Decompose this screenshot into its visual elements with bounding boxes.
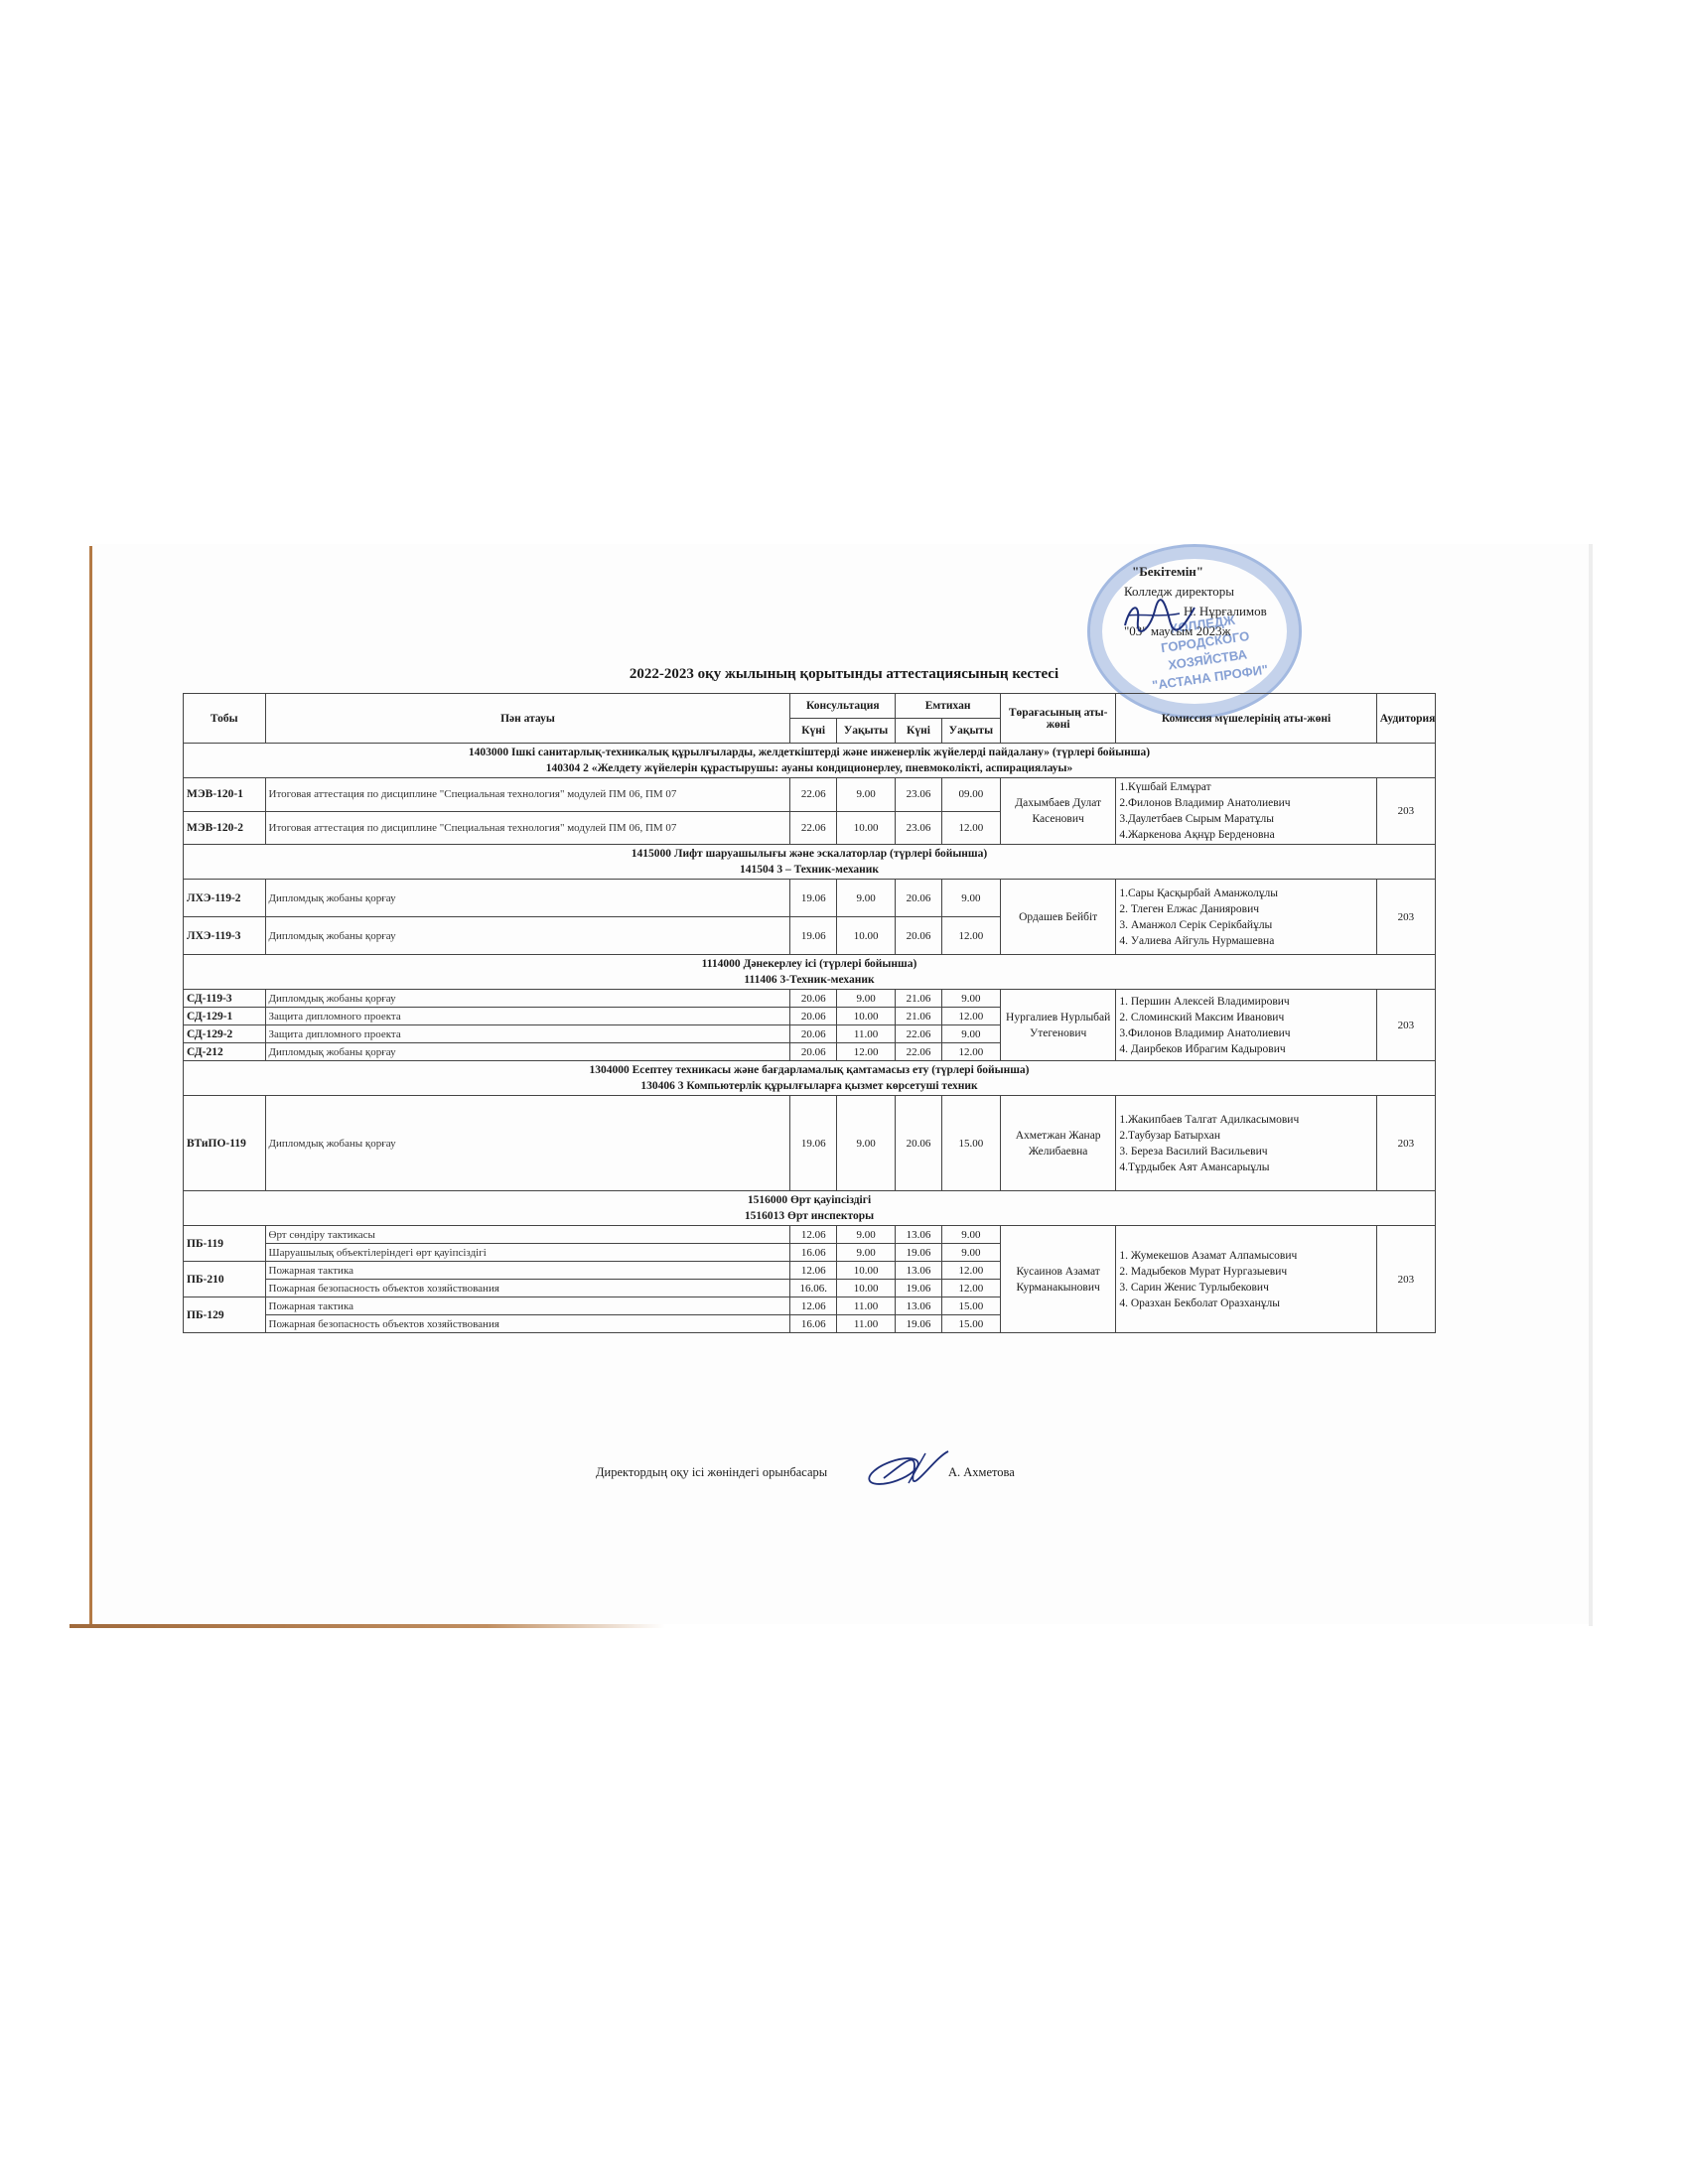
subject-name: Пожарная безопасность объектов хозяйство… bbox=[265, 1280, 790, 1297]
group-code: МЭВ-120-1 bbox=[184, 778, 266, 812]
consultation-day: 12.06 bbox=[790, 1226, 837, 1244]
subject-name: Дипломдық жобаны қорғау bbox=[265, 917, 790, 955]
commission-member: 1. Першин Алексей Владимирович bbox=[1119, 994, 1372, 1010]
exam-day: 13.06 bbox=[896, 1297, 942, 1315]
exam-day: 20.06 bbox=[896, 1096, 942, 1191]
header-chair: Төрағасының аты-жөні bbox=[1000, 694, 1115, 744]
room-number: 203 bbox=[1376, 778, 1435, 845]
table-row: ПБ-119Өрт сөндіру тактикасы12.069.0013.0… bbox=[184, 1226, 1436, 1244]
header-commission: Комиссия мүшелерінің аты-жөні bbox=[1116, 694, 1376, 744]
director-signature-icon bbox=[1120, 596, 1199, 635]
consultation-day: 20.06 bbox=[790, 1008, 837, 1025]
commission-member: 2.Филонов Владимир Анатолиевич bbox=[1119, 795, 1372, 811]
commission-members: 1. Першин Алексей Владимирович2. Сломинс… bbox=[1116, 990, 1376, 1061]
exam-time: 15.00 bbox=[941, 1315, 1000, 1333]
subject-name: Защита дипломного проекта bbox=[265, 1025, 790, 1043]
specialty-title: 1304000 Есептеу техникасы және бағдарлам… bbox=[187, 1062, 1432, 1078]
subject-name: Итоговая аттестация по дисциплине "Специ… bbox=[265, 778, 790, 812]
header-consultation: Консультация bbox=[790, 694, 896, 719]
exam-day: 13.06 bbox=[896, 1226, 942, 1244]
header-exam: Емтихан bbox=[896, 694, 1001, 719]
commission-member: 4. Оразхан Бекболат Оразханұлы bbox=[1119, 1296, 1372, 1311]
consultation-day: 16.06 bbox=[790, 1244, 837, 1262]
commission-member: 3.Филонов Владимир Анатолиевич bbox=[1119, 1025, 1372, 1041]
commission-members: 1.Сары Қасқырбай Аманжолұлы2. Тлеген Елж… bbox=[1116, 880, 1376, 955]
exam-day: 21.06 bbox=[896, 990, 942, 1008]
exam-time: 12.00 bbox=[941, 1043, 1000, 1061]
commission-member: 1.Күшбай Елмұрат bbox=[1119, 779, 1372, 795]
qualification-title: 111406 3-Техник-механик bbox=[187, 972, 1432, 988]
deputy-signature-icon bbox=[864, 1443, 953, 1493]
deputy-name: А. Ахметова bbox=[948, 1465, 1015, 1480]
consultation-day: 20.06 bbox=[790, 990, 837, 1008]
exam-time: 12.00 bbox=[941, 917, 1000, 955]
specialty-title: 1415000 Лифт шаруашылығы және эскалаторл… bbox=[187, 846, 1432, 862]
subject-name: Шаруашылық объектілеріндегі өрт қауіпсіз… bbox=[265, 1244, 790, 1262]
header-group: Тобы bbox=[184, 694, 266, 744]
commission-member: 4. Уалиева Айгуль Нурмашевна bbox=[1119, 933, 1372, 949]
consultation-time: 12.00 bbox=[836, 1043, 895, 1061]
qualification-title: 140304 2 «Желдету жүйелерін құрастырушы:… bbox=[187, 760, 1432, 776]
qualification-title: 130406 3 Компьютерлік құрылғыларға қызме… bbox=[187, 1078, 1432, 1094]
specialty-title: 1403000 Ішкі санитарлық-техникалық құрыл… bbox=[187, 745, 1432, 760]
consultation-day: 22.06 bbox=[790, 811, 837, 845]
consultation-day: 16.06. bbox=[790, 1280, 837, 1297]
subject-name: Пожарная тактика bbox=[265, 1262, 790, 1280]
consultation-time: 11.00 bbox=[836, 1297, 895, 1315]
exam-time: 9.00 bbox=[941, 1244, 1000, 1262]
consultation-day: 19.06 bbox=[790, 917, 837, 955]
consultation-time: 10.00 bbox=[836, 811, 895, 845]
subject-name: Пожарная безопасность объектов хозяйство… bbox=[265, 1315, 790, 1333]
consultation-day: 12.06 bbox=[790, 1297, 837, 1315]
room-number: 203 bbox=[1376, 880, 1435, 955]
exam-day: 22.06 bbox=[896, 1025, 942, 1043]
consultation-time: 9.00 bbox=[836, 1244, 895, 1262]
consultation-day: 12.06 bbox=[790, 1262, 837, 1280]
commission-member: 1.Сары Қасқырбай Аманжолұлы bbox=[1119, 886, 1372, 901]
commission-member: 2.Таубузар Батырхан bbox=[1119, 1128, 1372, 1144]
exam-day: 19.06 bbox=[896, 1280, 942, 1297]
exam-day: 23.06 bbox=[896, 811, 942, 845]
consultation-time: 9.00 bbox=[836, 880, 895, 917]
consultation-day: 22.06 bbox=[790, 778, 837, 812]
room-number: 203 bbox=[1376, 1226, 1435, 1333]
section-header: 1114000 Дәнекерлеу ісі (түрлері бойынша)… bbox=[184, 955, 1436, 990]
exam-time: 9.00 bbox=[941, 1226, 1000, 1244]
group-code: СД-129-1 bbox=[184, 1008, 266, 1025]
paper-edge-bottom bbox=[70, 1624, 665, 1628]
group-code: МЭВ-120-2 bbox=[184, 811, 266, 845]
header-cons-time: Уақыты bbox=[836, 719, 895, 744]
header-subject: Пән атауы bbox=[265, 694, 790, 744]
commission-member: 4. Даирбеков Ибрагим Кадырович bbox=[1119, 1041, 1372, 1057]
table-row: ЛХЭ-119-2Дипломдық жобаны қорғау19.069.0… bbox=[184, 880, 1436, 917]
group-code: ЛХЭ-119-2 bbox=[184, 880, 266, 917]
header-room: Аудитория bbox=[1376, 694, 1435, 744]
chair-name: Кусаинов Азамат Курманакынович bbox=[1000, 1226, 1115, 1333]
attestation-schedule-table: Тобы Пән атауы Консультация Емтихан Төра… bbox=[183, 693, 1436, 1333]
commission-member: 3. Сарин Женис Турлыбекович bbox=[1119, 1280, 1372, 1296]
section-header: 1304000 Есептеу техникасы және бағдарлам… bbox=[184, 1061, 1436, 1096]
consultation-day: 19.06 bbox=[790, 880, 837, 917]
section-header: 1415000 Лифт шаруашылығы және эскалаторл… bbox=[184, 845, 1436, 880]
commission-member: 1. Жумекешов Азамат Алпамысович bbox=[1119, 1248, 1372, 1264]
group-code: СД-212 bbox=[184, 1043, 266, 1061]
subject-name: Дипломдық жобаны қорғау bbox=[265, 990, 790, 1008]
commission-member: 4.Жаркенова Ақнұр Берденовна bbox=[1119, 827, 1372, 843]
exam-day: 20.06 bbox=[896, 880, 942, 917]
exam-day: 20.06 bbox=[896, 917, 942, 955]
qualification-title: 1516013 Өрт инспекторы bbox=[187, 1208, 1432, 1224]
group-code: ЛХЭ-119-3 bbox=[184, 917, 266, 955]
subject-name: Защита дипломного проекта bbox=[265, 1008, 790, 1025]
chair-name: Нургалиев Нурлыбай Утегенович bbox=[1000, 990, 1115, 1061]
paper-edge-left bbox=[89, 546, 92, 1626]
consultation-day: 20.06 bbox=[790, 1025, 837, 1043]
commission-member: 2. Мадыбеков Мурат Нургазыевич bbox=[1119, 1264, 1372, 1280]
commission-member: 2. Сломинский Максим Иванович bbox=[1119, 1010, 1372, 1025]
room-number: 203 bbox=[1376, 990, 1435, 1061]
consultation-day: 16.06 bbox=[790, 1315, 837, 1333]
qualification-title: 141504 3 – Техник-механик bbox=[187, 862, 1432, 878]
commission-members: 1.Жакипбаев Талгат Адилкасымович2.Таубуз… bbox=[1116, 1096, 1376, 1191]
exam-time: 12.00 bbox=[941, 1280, 1000, 1297]
group-code: ВТиПО-119 bbox=[184, 1096, 266, 1191]
table-row: СД-119-3Дипломдық жобаны қорғау20.069.00… bbox=[184, 990, 1436, 1008]
exam-day: 19.06 bbox=[896, 1315, 942, 1333]
consultation-day: 20.06 bbox=[790, 1043, 837, 1061]
header-exam-day: Күні bbox=[896, 719, 942, 744]
subject-name: Дипломдық жобаны қорғау bbox=[265, 1043, 790, 1061]
commission-member: 4.Тұрдыбек Аят Амансарыұлы bbox=[1119, 1160, 1372, 1175]
header-exam-time: Уақыты bbox=[941, 719, 1000, 744]
consultation-time: 9.00 bbox=[836, 1096, 895, 1191]
commission-members: 1.Күшбай Елмұрат2.Филонов Владимир Анато… bbox=[1116, 778, 1376, 845]
exam-day: 13.06 bbox=[896, 1262, 942, 1280]
subject-name: Дипломдық жобаны қорғау bbox=[265, 880, 790, 917]
exam-day: 23.06 bbox=[896, 778, 942, 812]
specialty-title: 1114000 Дәнекерлеу ісі (түрлері бойынша) bbox=[187, 956, 1432, 972]
subject-name: Пожарная тактика bbox=[265, 1297, 790, 1315]
header-cons-day: Күні bbox=[790, 719, 837, 744]
commission-member: 1.Жакипбаев Талгат Адилкасымович bbox=[1119, 1112, 1372, 1128]
subject-name: Өрт сөндіру тактикасы bbox=[265, 1226, 790, 1244]
section-header: 1403000 Ішкі санитарлық-техникалық құрыл… bbox=[184, 744, 1436, 778]
exam-time: 12.00 bbox=[941, 811, 1000, 845]
consultation-day: 19.06 bbox=[790, 1096, 837, 1191]
group-code: ПБ-210 bbox=[184, 1262, 266, 1297]
commission-member: 2. Тлеген Елжас Даниярович bbox=[1119, 901, 1372, 917]
exam-time: 15.00 bbox=[941, 1297, 1000, 1315]
exam-time: 9.00 bbox=[941, 880, 1000, 917]
consultation-time: 11.00 bbox=[836, 1315, 895, 1333]
group-code: ПБ-129 bbox=[184, 1297, 266, 1333]
exam-day: 19.06 bbox=[896, 1244, 942, 1262]
group-code: СД-129-2 bbox=[184, 1025, 266, 1043]
document-title: 2022-2023 оқу жылының қорытынды аттестац… bbox=[0, 666, 1688, 683]
subject-name: Итоговая аттестация по дисциплине "Специ… bbox=[265, 811, 790, 845]
room-number: 203 bbox=[1376, 1096, 1435, 1191]
approval-heading: "Бекітемін" bbox=[1124, 562, 1267, 582]
commission-member: 3.Даулетбаев Сырым Маратұлы bbox=[1119, 811, 1372, 827]
exam-time: 12.00 bbox=[941, 1008, 1000, 1025]
exam-time: 09.00 bbox=[941, 778, 1000, 812]
consultation-time: 9.00 bbox=[836, 778, 895, 812]
consultation-time: 10.00 bbox=[836, 1008, 895, 1025]
consultation-time: 11.00 bbox=[836, 1025, 895, 1043]
table-row: ВТиПО-119Дипломдық жобаны қорғау19.069.0… bbox=[184, 1096, 1436, 1191]
specialty-title: 1516000 Өрт қауіпсіздігі bbox=[187, 1192, 1432, 1208]
group-code: ПБ-119 bbox=[184, 1226, 266, 1262]
commission-member: 3. Береза Василий Васильевич bbox=[1119, 1144, 1372, 1160]
chair-name: Ордашев Бейбіт bbox=[1000, 880, 1115, 955]
commission-members: 1. Жумекешов Азамат Алпамысович2. Мадыбе… bbox=[1116, 1226, 1376, 1333]
exam-time: 12.00 bbox=[941, 1262, 1000, 1280]
subject-name: Дипломдық жобаны қорғау bbox=[265, 1096, 790, 1191]
section-header: 1516000 Өрт қауіпсіздігі1516013 Өрт инсп… bbox=[184, 1191, 1436, 1226]
chair-name: Ахметжан Жанар Желибаевна bbox=[1000, 1096, 1115, 1191]
deputy-position: Директордың оқу ісі жөніндегі орынбасары bbox=[596, 1465, 827, 1480]
exam-time: 15.00 bbox=[941, 1096, 1000, 1191]
group-code: СД-119-3 bbox=[184, 990, 266, 1008]
consultation-time: 10.00 bbox=[836, 917, 895, 955]
exam-time: 9.00 bbox=[941, 990, 1000, 1008]
exam-time: 9.00 bbox=[941, 1025, 1000, 1043]
consultation-time: 9.00 bbox=[836, 1226, 895, 1244]
exam-day: 22.06 bbox=[896, 1043, 942, 1061]
commission-member: 3. Аманжол Серік Серікбайұлы bbox=[1119, 917, 1372, 933]
exam-day: 21.06 bbox=[896, 1008, 942, 1025]
consultation-time: 10.00 bbox=[836, 1262, 895, 1280]
consultation-time: 9.00 bbox=[836, 990, 895, 1008]
consultation-time: 10.00 bbox=[836, 1280, 895, 1297]
table-row: МЭВ-120-1Итоговая аттестация по дисципли… bbox=[184, 778, 1436, 812]
chair-name: Дахымбаев Дулат Касенович bbox=[1000, 778, 1115, 845]
paper-edge-right bbox=[1589, 544, 1593, 1626]
